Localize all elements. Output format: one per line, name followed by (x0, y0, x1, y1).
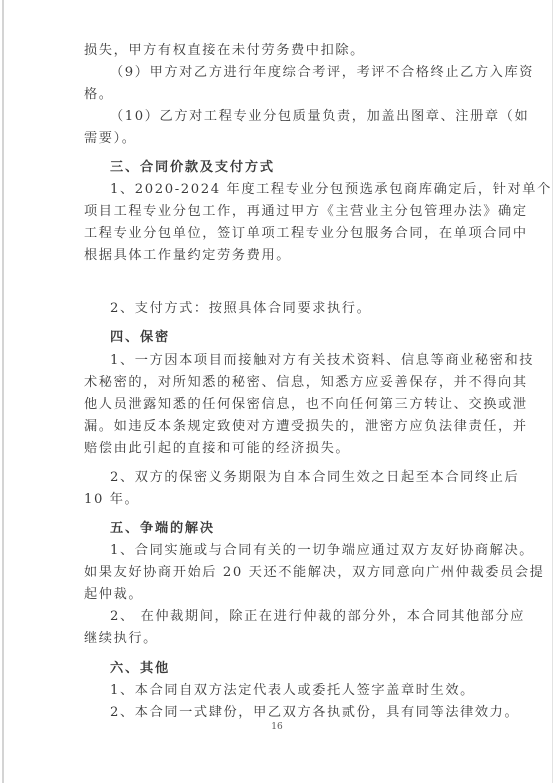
paragraph-line: 根据具体工作量约定劳务费用。 (84, 248, 291, 264)
paragraph-line: 1、一方因本项目而接触对方有关技术资料、信息等商业秘密和技 (110, 353, 534, 369)
paragraph-line: 起仲裁。 (84, 587, 143, 603)
paragraph-line: 2、 在仲裁期间，除正在进行仲裁的部分外，本合同其他部分应 (110, 609, 525, 625)
paragraph-line: 2、双方的保密义务期限为自本合同生效之日起至本合同终止后 (110, 470, 519, 486)
section-heading: 三、合同价款及支付方式 (110, 160, 275, 176)
paragraph-line: 赔偿由此引起的直接和可能的经济损失。 (84, 441, 350, 457)
paragraph-line: 如果友好协商开始后 20 天还不能解决，双方同意向广州仲裁委员会提 (84, 565, 544, 581)
paragraph-line: 2、本合同一式肆份，甲乙双方各执贰份，具有同等法律效力。 (110, 705, 519, 721)
paragraph-line: 他人员泄露知悉的任何保密信息，也不向任何第三方转让、交换或泄 (84, 397, 528, 413)
paragraph-line: 1、合同实施或与合同有关的一切争端应通过双方友好协商解决。 (110, 543, 534, 559)
paragraph-line: 格。 (84, 87, 114, 103)
paragraph-line: 工程专业分包单位，签订单项工程专业分包服务合同，在单项合同中 (84, 226, 528, 242)
paragraph-line: 需要）。 (84, 131, 137, 147)
paragraph-line: （9）甲方对乙方进行年度综合考评，考评不合格终止乙方入库资 (110, 65, 534, 81)
paragraph-line: 10 年。 (84, 492, 139, 508)
section-heading: 五、争端的解决 (110, 521, 215, 537)
paragraph-line: 损失，甲方有权直接在未付劳务费中扣除。 (84, 43, 365, 59)
page-number: 16 (0, 722, 554, 732)
section-heading: 六、其他 (110, 661, 170, 677)
paragraph-line: 1、2020-2024 年度工程专业分包预选承包商库确定后，针对单个 (110, 182, 552, 198)
paragraph-line: 2、支付方式：按照具体合同要求执行。 (110, 301, 371, 317)
section-heading: 四、保密 (110, 330, 170, 346)
paragraph-line: 漏。如违反本条规定致使对方遭受损失的，泄密方应负法律责任，并 (84, 419, 528, 435)
paragraph-line: （10）乙方对工程专业分包质量负责，加盖出图章、注册章（如 (110, 109, 529, 125)
scan-edge-right (552, 0, 553, 783)
paragraph-line: 术秘密的，对所知悉的秘密、信息，知悉方应妥善保存，并不得向其 (84, 375, 528, 391)
paragraph-line: 继续执行。 (84, 631, 158, 647)
scan-edge-left (2, 0, 4, 783)
paragraph-line: 项目工程专业分包工作，再通过甲方《主营业主分包管理办法》确定 (84, 204, 528, 220)
paragraph-line: 1、本合同自双方法定代表人或委托人签字盖章时生效。 (110, 683, 475, 699)
